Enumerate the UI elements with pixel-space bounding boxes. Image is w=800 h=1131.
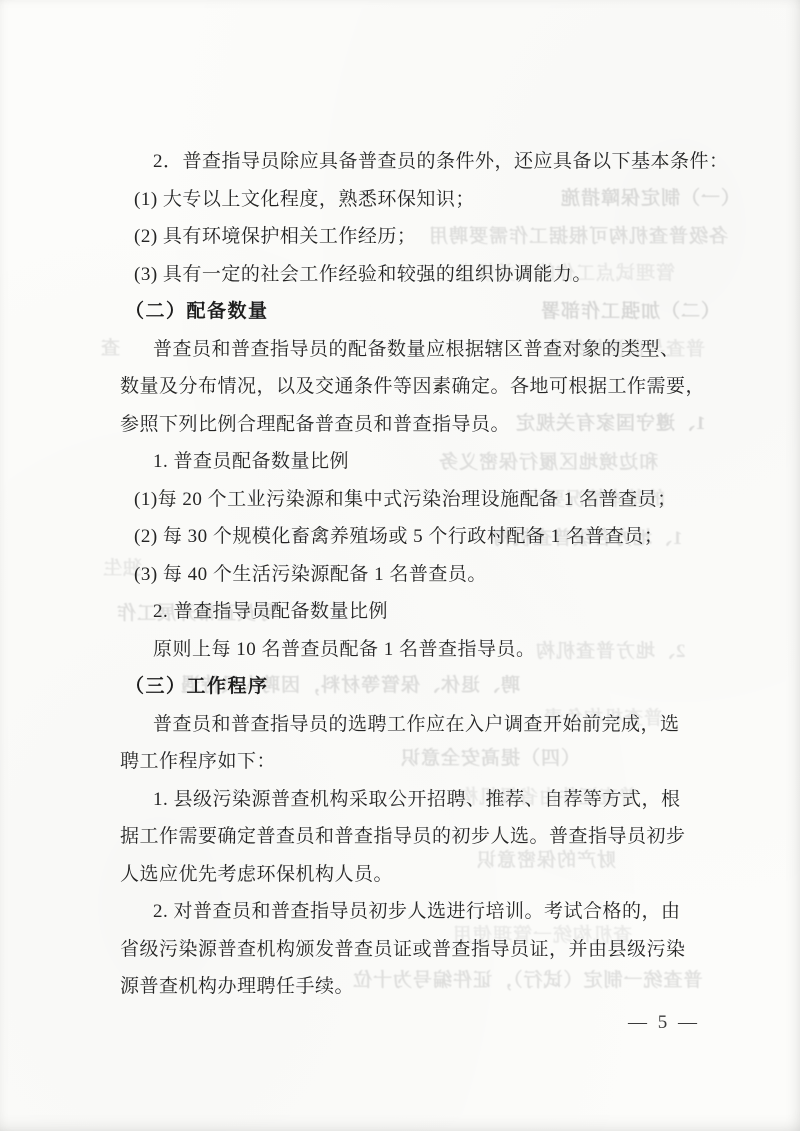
section-heading: （二）配备数量 [120, 293, 720, 331]
text-line: 参照下列比例合理配备普查员和普查指导员。 [120, 406, 720, 444]
scanned-document-page: （一）制定保障措施 各级普查机构可根据工作需要聘用 管理试点工作的有关规定 （二… [0, 0, 800, 1131]
text-line: 1. 县级污染源普查机构采取公开招聘、推荐、自荐等方式，根 [120, 781, 720, 819]
text-line: 聘工作程序如下： [120, 743, 720, 781]
text-line: 普查员和普查指导员的配备数量应根据辖区普查对象的类型、 [120, 331, 720, 369]
text-line: 数量及分布情况，以及交通条件等因素确定。各地可根据工作需要， [120, 368, 720, 406]
text-line: 普查员和普查指导员的选聘工作应在入户调查开始前完成，选 [120, 706, 720, 744]
text-line: 2. 对普查员和普查指导员初步人选进行培训。考试合格的，由 [120, 893, 720, 931]
text-line: (2) 具有环境保护相关工作经历； [120, 218, 720, 256]
text-line: 2．普查指导员除应具备普查员的条件外，还应具备以下基本条件： [120, 143, 720, 181]
section-heading: （三）工作程序 [120, 668, 720, 706]
text-line: 原则上每 10 名普查员配备 1 名普查指导员。 [120, 631, 720, 669]
text-line: 2. 普查指导员配备数量比例 [120, 593, 720, 631]
text-line: 省级污染源普查机构颁发普查员证或普查指导员证，并由县级污染 [120, 931, 720, 969]
text-line: 人选应优先考虑环保机构人员。 [120, 856, 720, 894]
text-line: (3) 具有一定的社会工作经验和较强的组织协调能力。 [120, 256, 720, 294]
page-number: — 5 — [628, 1008, 700, 1038]
text-line: 1. 普查员配备数量比例 [120, 443, 720, 481]
bleedthrough-text: 查 [100, 333, 120, 360]
text-line: 源普查机构办理聘任手续。 [120, 968, 720, 1006]
text-line: (3) 每 40 个生活污染源配备 1 名普查员。 [120, 556, 720, 594]
text-line: (2) 每 30 个规模化畜禽养殖场或 5 个行政村配备 1 名普查员； [120, 518, 720, 556]
text-line: 据工作需要确定普查员和普查指导员的初步人选。普查指导员初步 [120, 818, 720, 856]
document-body: 2．普查指导员除应具备普查员的条件外，还应具备以下基本条件： (1) 大专以上文… [120, 143, 720, 1006]
text-line: (1)每 20 个工业污染源和集中式污染治理设施配备 1 名普查员； [120, 481, 720, 519]
text-line: (1) 大专以上文化程度，熟悉环保知识； [120, 181, 720, 219]
